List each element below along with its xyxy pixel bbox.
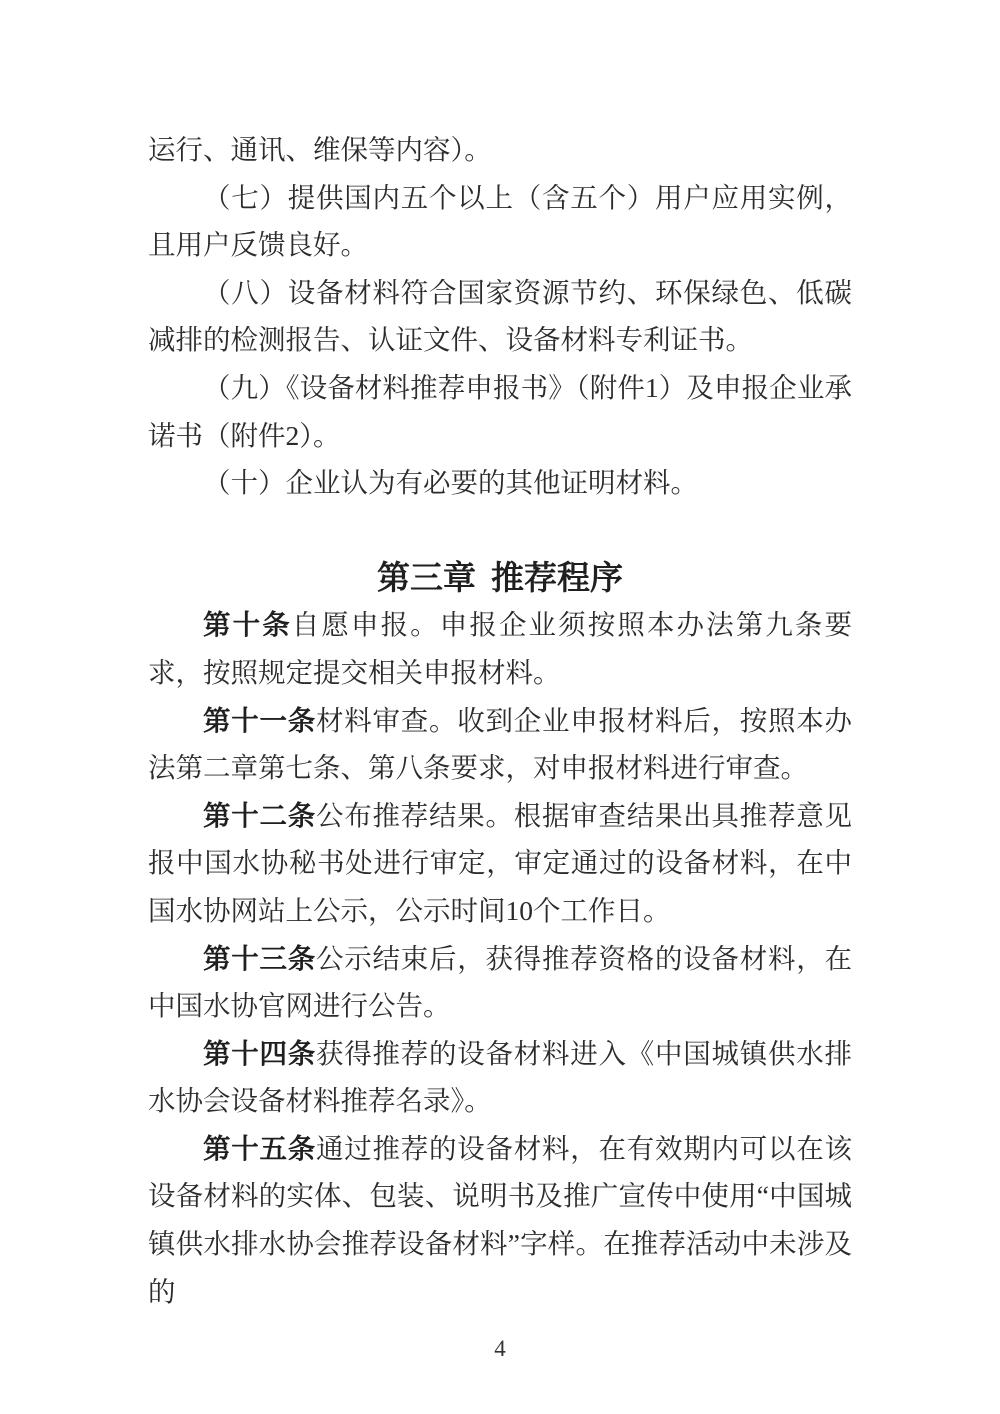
document-page: 运行、通讯、维保等内容）。 （七）提供国内五个以上（含五个）用户应用实例，且用户… (0, 0, 1000, 1414)
article-12-lead: 第十二条 (203, 800, 316, 831)
article-13-lead: 第十三条 (203, 943, 316, 974)
article-15: 第十五条通过推荐的设备材料，在有效期内可以在该设备材料的实体、包装、说明书及推广… (148, 1125, 852, 1315)
clause-item-9: （九）《设备材料推荐申报书》（附件1）及申报企业承诺书（附件2）。 (148, 364, 852, 459)
article-10-lead: 第十条 (203, 609, 292, 640)
chapter-heading-number: 第三章 (377, 559, 476, 596)
article-12: 第十二条公布推荐结果。根据审查结果出具推荐意见报中国水协秘书处进行审定，审定通过… (148, 792, 852, 935)
article-11: 第十一条材料审查。收到企业申报材料后，按照本办法第二章第七条、第八条要求，对申报… (148, 697, 852, 792)
clause-item-10: （十）企业认为有必要的其他证明材料。 (148, 459, 852, 507)
article-14-lead: 第十四条 (203, 1038, 316, 1069)
article-14: 第十四条获得推荐的设备材料进入《中国城镇供水排水协会设备材料推荐名录》。 (148, 1030, 852, 1125)
page-number: 4 (0, 1336, 1000, 1362)
clause-item-8: （八）设备材料符合国家资源节约、环保绿色、低碳减排的检测报告、认证文件、设备材料… (148, 269, 852, 364)
clause-item-7: （七）提供国内五个以上（含五个）用户应用实例，且用户反馈良好。 (148, 174, 852, 269)
article-10: 第十条自愿申报。申报企业须按照本办法第九条要求，按照规定提交相关申报材料。 (148, 601, 852, 696)
chapter-heading: 第三章推荐程序 (148, 554, 852, 602)
chapter-heading-title: 推荐程序 (491, 559, 623, 596)
article-13: 第十三条公示结束后，获得推荐资格的设备材料，在中国水协官网进行公告。 (148, 935, 852, 1030)
paragraph-continuation: 运行、通讯、维保等内容）。 (148, 126, 852, 174)
article-11-lead: 第十一条 (203, 705, 316, 736)
document-body: 运行、通讯、维保等内容）。 （七）提供国内五个以上（含五个）用户应用实例，且用户… (148, 126, 852, 1315)
article-15-lead: 第十五条 (203, 1133, 316, 1164)
